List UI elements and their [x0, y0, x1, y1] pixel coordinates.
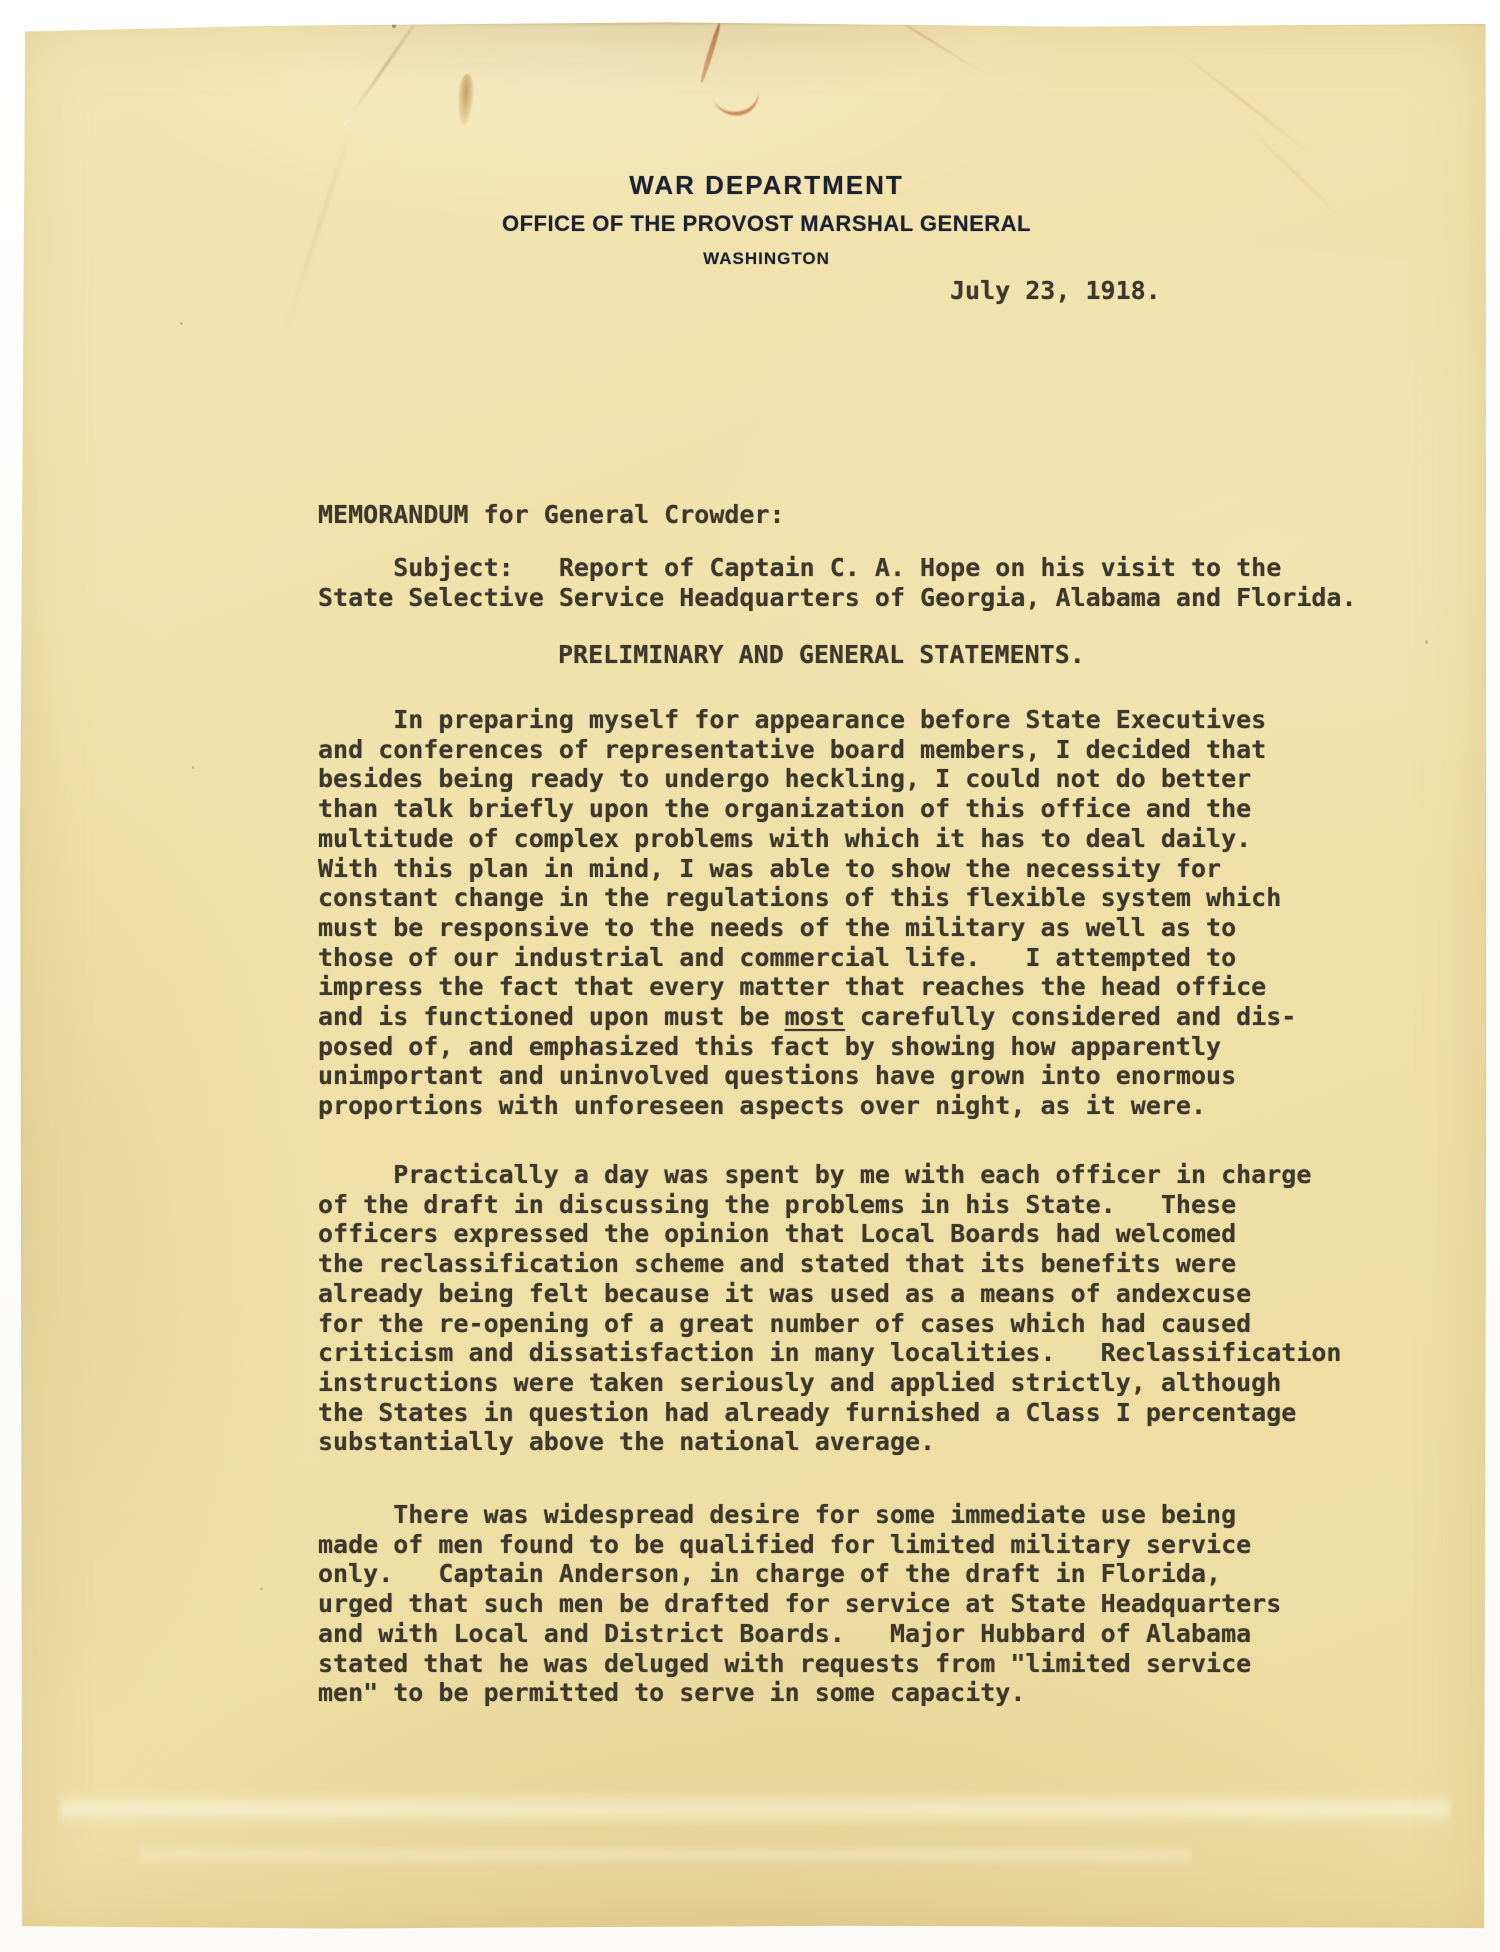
date-line: July 23, 1918.: [950, 276, 1161, 306]
letterhead-department: WAR DEPARTMENT: [33, 170, 1500, 200]
rust-stain-line: [699, 23, 722, 84]
memo-line: urged that such men be drafted for servi…: [318, 1589, 1281, 1619]
underlined-word: most: [785, 1002, 845, 1031]
memo-line: and with Local and District Boards. Majo…: [318, 1619, 1281, 1649]
memo-line: stated that he was deluged with requests…: [318, 1649, 1281, 1679]
memo-paragraph-2: Practically a day was spent by me with e…: [318, 1160, 1342, 1457]
memo-line: proportions with unforeseen aspects over…: [318, 1091, 1296, 1121]
memo-line: of the draft in discussing the problems …: [318, 1190, 1342, 1220]
memo-line: made of men found to be qualified for li…: [318, 1530, 1281, 1560]
memo-line: In preparing myself for appearance befor…: [318, 705, 1296, 735]
memo-line: State Selective Service Headquarters of …: [318, 583, 1357, 613]
memo-line: constant change in the regulations of th…: [318, 883, 1296, 913]
paper-speck: [180, 322, 183, 325]
paper-speck: [1425, 640, 1428, 644]
crease-line: [343, 1, 431, 126]
memo-line: Subject: Report of Captain C. A. Hope on…: [318, 553, 1357, 583]
memo-line: besides being ready to undergo heckling,…: [318, 764, 1296, 794]
paper-top-edge-shadow: [28, 22, 318, 24]
text-segment: and is functioned upon must be: [318, 1002, 785, 1031]
memo-to-line: MEMORANDUM for General Crowder:: [318, 500, 785, 530]
horizontal-fold-crease: [60, 1790, 1450, 1828]
memo-line: officers expressed the opinion that Loca…: [318, 1219, 1342, 1249]
memo-line: and is functioned upon must be most care…: [318, 1002, 1296, 1032]
memo-line: With this plan in mind, I was able to sh…: [318, 854, 1296, 884]
memo-line: unimportant and uninvolved questions hav…: [318, 1061, 1296, 1091]
memo-line: already being felt because it was used a…: [318, 1279, 1342, 1309]
subject-block: Subject: Report of Captain C. A. Hope on…: [318, 553, 1357, 612]
paper-speck: [192, 766, 194, 769]
memo-line: posed of, and emphasized this fact by sh…: [318, 1032, 1296, 1062]
rust-scratch: [887, 12, 990, 77]
memo-line: Practically a day was spent by me with e…: [318, 1160, 1342, 1190]
drip-stain: [456, 74, 475, 127]
letterhead-city: WASHINGTON: [33, 248, 1500, 270]
memo-line: and conferences of representative board …: [318, 735, 1296, 765]
horizontal-fold-crease: [140, 1844, 1190, 1866]
paper-speck: [260, 1588, 263, 1590]
memo-line: must be responsive to the needs of the m…: [318, 913, 1296, 943]
document-page: WAR DEPARTMENT OFFICE OF THE PROVOST MAR…: [20, 22, 1487, 1930]
rust-scratch: [1175, 48, 1310, 154]
memo-line: those of our industrial and commercial l…: [318, 943, 1296, 973]
section-heading: PRELIMINARY AND GENERAL STATEMENTS.: [318, 640, 1085, 670]
letterhead: WAR DEPARTMENT OFFICE OF THE PROVOST MAR…: [33, 170, 1500, 270]
memo-line: than talk briefly upon the organization …: [318, 794, 1296, 824]
memo-line: for the re-opening of a great number of …: [318, 1309, 1342, 1339]
memo-line: the States in question had already furni…: [318, 1398, 1342, 1428]
memo-line: criticism and dissatisfaction in many lo…: [318, 1338, 1342, 1368]
memo-paragraph-3: There was widespread desire for some imm…: [318, 1500, 1281, 1708]
memo-line: instructions were taken seriously and ap…: [318, 1368, 1342, 1398]
scan-background: WAR DEPARTMENT OFFICE OF THE PROVOST MAR…: [0, 0, 1500, 1952]
memo-line: men" to be permitted to serve in some ca…: [318, 1678, 1281, 1708]
paper-speck: [392, 24, 396, 28]
memo-line: impress the fact that every matter that …: [318, 972, 1296, 1002]
memo-line: substantially above the national average…: [318, 1427, 1342, 1457]
letterhead-office: OFFICE OF THE PROVOST MARSHAL GENERAL: [33, 211, 1500, 237]
memo-paragraph-1: In preparing myself for appearance befor…: [318, 705, 1296, 1121]
memo-line: only. Captain Anderson, in charge of the…: [318, 1559, 1281, 1589]
memo-line: the reclassification scheme and stated t…: [318, 1249, 1342, 1279]
memo-line: multitude of complex problems with which…: [318, 824, 1296, 854]
memo-line: There was widespread desire for some imm…: [318, 1500, 1281, 1530]
rust-stain-curve: [707, 65, 763, 121]
text-segment: carefully considered and dis-: [845, 1002, 1297, 1031]
